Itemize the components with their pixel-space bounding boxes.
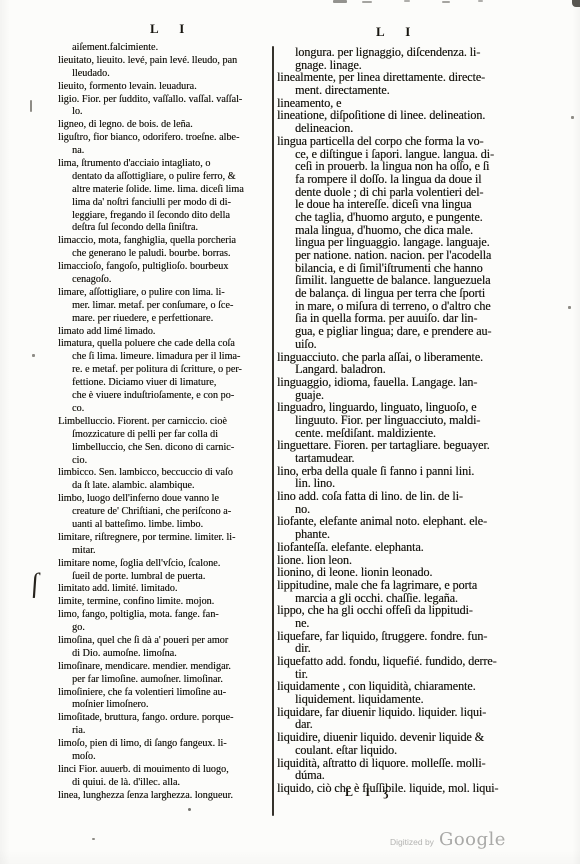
- google-logo: Google: [439, 829, 506, 850]
- dictionary-text-line: mare. per riuedere, e perfettionare.: [58, 313, 272, 326]
- dictionary-text-line: liquefare, far liquido, ſtruggere. fondr…: [277, 630, 555, 643]
- dictionary-text-line: lino add. coſa fatta di lino. de lin. de…: [277, 490, 555, 503]
- scan-artifact: [92, 838, 95, 840]
- scan-artifact: [362, 1, 372, 3]
- dictionary-text-line: lima da' noſtri fanciulli per modo di di…: [58, 197, 272, 210]
- dictionary-text-line: leggiare, fregando il ſecondo dito della: [58, 210, 272, 223]
- dictionary-text-line: uiſo.: [277, 338, 555, 351]
- dictionary-text-line: limitato add. limité. limitado.: [58, 583, 272, 596]
- dictionary-text-line: lima, ſtrumento d'acciaio intagliato, o: [58, 158, 272, 171]
- dictionary-text-line: di quiui. de là. d'illec. alla.: [58, 777, 272, 790]
- dictionary-text-line: liquidire, diuenir liquido. devenir liqu…: [277, 731, 555, 744]
- dictionary-text-line: Langard. baladron.: [277, 363, 555, 376]
- dictionary-text-line: lippitudine, male che fa lagrimare, e po…: [277, 579, 555, 592]
- dictionary-text-line: che è viuere induſtrioſamente, e con po-: [58, 390, 272, 403]
- scan-artifact: [478, 0, 483, 2]
- watermark-prefix-label: Digitized by: [390, 837, 434, 847]
- dictionary-text-line: liofanteſſa. elefante. elephanta.: [277, 541, 555, 554]
- running-head-left: L I: [150, 21, 193, 37]
- dictionary-text-line: limatura, quella poluere che cade della …: [58, 338, 272, 351]
- dictionary-text-line: cio.: [58, 455, 272, 468]
- dictionary-text-line: lieuito, formento levain. leuadura.: [58, 81, 272, 94]
- dictionary-text-line: linguaggio, idioma, fauella. Langage. la…: [277, 376, 555, 389]
- running-head-right: L I: [376, 24, 419, 40]
- scanned-book-page: L I L I aiſement.falcimiente. lieuitato,…: [0, 0, 580, 864]
- digitization-watermark: Digitized by Google: [390, 829, 506, 850]
- dictionary-text-line: mitar.: [58, 545, 272, 558]
- scan-artifact: [568, 306, 571, 309]
- dictionary-text-line: creature de' Chriſtiani, che periſcono a…: [58, 506, 272, 519]
- dictionary-text-line: ligneo, di legno. de bois. de leña.: [58, 119, 272, 132]
- dictionary-text-line: phante.: [277, 528, 555, 541]
- dictionary-text-line: moſo.: [58, 751, 272, 764]
- dictionary-text-line: limbelluccio, che Sen. dicono di carnic-: [58, 442, 272, 455]
- dictionary-text-line: linguuto. Fior. per linguacciuto, maldi-: [277, 414, 555, 427]
- dictionary-text-line: dúma.: [277, 769, 555, 782]
- right-column: longura. per lignaggio, diſcendenza. li-…: [277, 46, 555, 795]
- dictionary-text-line: lionino, di leone. lionin leonado.: [277, 566, 555, 579]
- scan-artifact: [188, 808, 191, 811]
- dictionary-text-line: liguſtro, fior bianco, odorifero. troeſn…: [58, 132, 272, 145]
- dictionary-text-line: limoſiniere, che fa volentieri limoſine …: [58, 687, 272, 700]
- dictionary-text-line: re. e metaf. per politura di ſcritture, …: [58, 364, 272, 377]
- dictionary-text-line: limato add limé limado.: [58, 326, 272, 339]
- dictionary-text-line: liquidement. liquidamente.: [277, 693, 555, 706]
- dictionary-text-line: aiſement.falcimiente.: [58, 42, 272, 55]
- dictionary-text-line: da ſt late. alambic. alambique.: [58, 480, 272, 493]
- dictionary-text-line: mer. limar. metaf. per conſumare, o ſce-: [58, 300, 272, 313]
- scan-artifact: [442, 1, 450, 3]
- dictionary-text-line: dentato da aſſottigliare, o pulire ferro…: [58, 171, 272, 184]
- dictionary-text-line: limaccioſo, fangoſo, pultiglioſo. bourbe…: [58, 261, 272, 274]
- dictionary-text-line: tartamudear.: [277, 452, 555, 465]
- dictionary-text-line: liquefatto add. fondu, liquefié. fundido…: [277, 655, 555, 668]
- dictionary-text-line: limitare, riſtregnere, por termine. limi…: [58, 532, 272, 545]
- dictionary-text-line: limoſinare, mendicare. mendier. mendigar…: [58, 661, 272, 674]
- dictionary-text-line: gua, e pigliar lingua; dare, e prendere …: [277, 325, 555, 338]
- dictionary-text-line: ria.: [58, 725, 272, 738]
- dictionary-text-line: uanti al batteſimo. limbe. limbo.: [58, 519, 272, 532]
- dictionary-text-line: che generano le paludi. bourbe. borras.: [58, 248, 272, 261]
- scan-artifact: [333, 0, 347, 3]
- handwritten-margin-mark: ſ: [29, 568, 40, 600]
- dictionary-text-line: linci Fior. auuerb. di mouimento di luog…: [58, 764, 272, 777]
- dictionary-text-line: na.: [58, 145, 272, 158]
- scan-artifact: [30, 100, 32, 112]
- dictionary-text-line: limoſitade, bruttura, fango. ordure. por…: [58, 712, 272, 725]
- dictionary-text-line: che taglia, d'huomo arguto, e pungente.: [277, 211, 555, 224]
- dictionary-text-line: limoſo, pien di limo, di ſango fangeux. …: [58, 738, 272, 751]
- dictionary-text-line: limite, termine, confino limite. mojon.: [58, 596, 272, 609]
- dictionary-text-line: limbo, luogo dell'inferno doue vanno le: [58, 493, 272, 506]
- dictionary-text-line: fettione. Diciamo viuer di limature,: [58, 377, 272, 390]
- dictionary-text-line: limare, aſſottigliare, o pulire con lima…: [58, 287, 272, 300]
- dictionary-text-line: linea, lunghezza ſenza larghezza. longue…: [58, 790, 272, 803]
- dictionary-text-line: fa rompere il doſſo. la lingua da doue i…: [277, 173, 555, 186]
- dictionary-text-line: co.: [58, 403, 272, 416]
- dictionary-text-line: limoſina, quel che ſi dà a' poueri per a…: [58, 635, 272, 648]
- dictionary-text-line: go.: [58, 622, 272, 635]
- dictionary-text-line: ſueil de porte. lumbral de puerta.: [58, 571, 272, 584]
- dictionary-text-line: moſnier limoſnero.: [58, 699, 272, 712]
- dictionary-text-line: lo.: [58, 106, 272, 119]
- dictionary-text-line: limaccio, mota, fanghiglia, quella porch…: [58, 235, 272, 248]
- left-column: aiſement.falcimiente. lieuitato, lieuito…: [58, 42, 272, 803]
- dictionary-text-line: longura. per lignaggio, diſcendenza. li-: [277, 46, 555, 59]
- dictionary-text-line: liquido, ciò che è fluſſibile. liquide, …: [277, 782, 555, 795]
- dictionary-text-line: deſtra ſul ſecondo della ſiniſtra.: [58, 222, 272, 235]
- dictionary-text-line: ligio. Fior. per ſuddito, vaſſallo. vaſſ…: [58, 94, 272, 107]
- dictionary-text-line: limitare nome, ſoglia dell'vſcio, ſcalon…: [58, 558, 272, 571]
- dictionary-text-line: lieuitato, lieuito. levé, pain levé. lle…: [58, 55, 272, 68]
- dictionary-text-line: limbicco. Sen. lambicco, beccuccio di va…: [58, 467, 272, 480]
- scan-artifact: [571, 116, 574, 119]
- scan-artifact: [572, 0, 580, 7]
- dictionary-text-line: de balança. di lingua per terra che ſpor…: [277, 287, 555, 300]
- column-divider-rule: [272, 46, 274, 816]
- scan-artifact: [404, 0, 410, 2]
- scan-artifact: [32, 354, 35, 357]
- dictionary-text-line: che ſi lima. limeure. limadura per il li…: [58, 351, 272, 364]
- dictionary-text-line: per far limoſine. aumoſner. limoſinar.: [58, 674, 272, 687]
- dictionary-text-line: altre materie ſolide. lime. lima. diceſi…: [58, 184, 272, 197]
- dictionary-text-line: cenagoſo.: [58, 274, 272, 287]
- dictionary-text-line: Limbelluccio. Fiorent. per carniccio. ci…: [58, 416, 272, 429]
- dictionary-text-line: di Dio. aumoſne. limoſna.: [58, 648, 272, 661]
- dictionary-text-line: ſmozzicature di pelli per far colla di: [58, 429, 272, 442]
- dictionary-text-line: liquidare, far diuenir liquido. liquider…: [277, 706, 555, 719]
- dictionary-text-line: ceſi in prouerb. la lingua non ha oſſo, …: [277, 160, 555, 173]
- dictionary-text-line: coulant. eſtar liquido.: [277, 744, 555, 757]
- dictionary-text-line: per natione. nation. nacion. per l'acode…: [277, 249, 555, 262]
- dictionary-text-line: delineacion.: [277, 122, 555, 135]
- dictionary-text-line: lleudado.: [58, 68, 272, 81]
- dictionary-text-line: ment. directamente.: [277, 84, 555, 97]
- dictionary-text-line: lippo, che ha gli occhi offeſi da lippit…: [277, 604, 555, 617]
- dictionary-text-line: lingua particella del corpo che forma la…: [277, 135, 555, 148]
- dictionary-text-line: ne.: [277, 617, 555, 630]
- dictionary-text-line: limo, fango, poltiglia, mota. fange. fan…: [58, 609, 272, 622]
- quire-signature: L I ʒ: [345, 785, 394, 800]
